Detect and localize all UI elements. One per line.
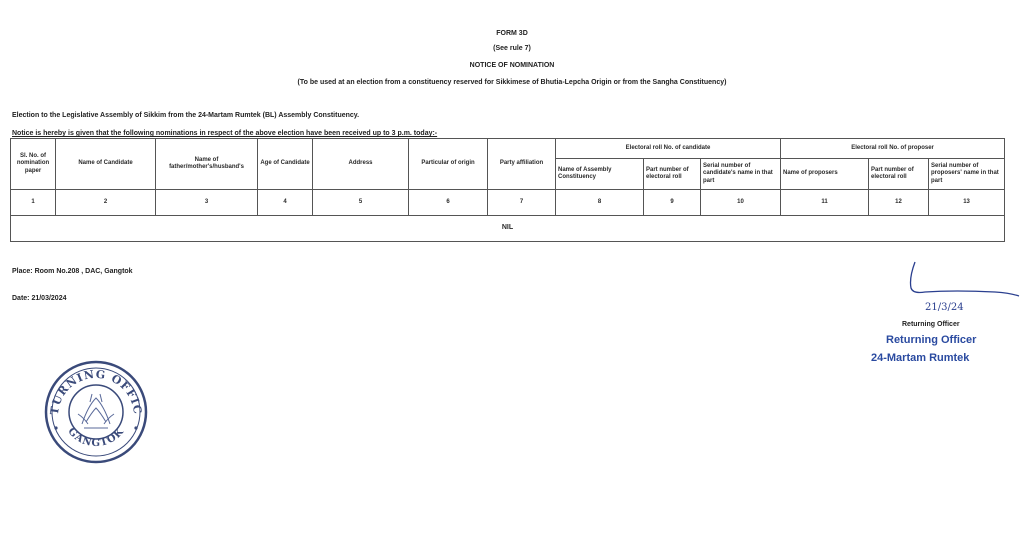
col-header-10: Serial number of candidate's name in tha… [701, 159, 781, 190]
signature-icon [895, 258, 1024, 304]
col-number: 4 [258, 190, 313, 216]
col-number: 9 [644, 190, 701, 216]
notice-statement: Notice is hereby is given that the follo… [12, 130, 437, 137]
col-header-1: Sl. No. of nomination paper [11, 139, 56, 190]
col-header-12: Part number of electoral roll [869, 159, 929, 190]
date-line: Date: 21/03/2024 [12, 295, 66, 302]
signatory-label: Returning Officer [902, 321, 960, 328]
table-group-header-row: Sl. No. of nomination paper Name of Cand… [11, 139, 1005, 159]
form-rule: (See rule 7) [0, 45, 1024, 52]
stamp-title: Returning Officer [886, 334, 976, 346]
stamp-constituency: 24-Martam Rumtek [871, 352, 969, 364]
col-number: 6 [409, 190, 488, 216]
form-title: NOTICE OF NOMINATION [0, 62, 1024, 69]
election-statement: Election to the Legislative Assembly of … [12, 112, 359, 119]
nil-cell: NIL [11, 216, 1005, 242]
column-number-row: 1 2 3 4 5 6 7 8 9 10 11 12 13 [11, 190, 1005, 216]
col-header-9: Part number of electoral roll [644, 159, 701, 190]
col-number: 5 [313, 190, 409, 216]
col-number: 11 [781, 190, 869, 216]
col-number: 2 [56, 190, 156, 216]
group-header-candidate-roll: Electoral roll No. of candidate [556, 139, 781, 159]
col-header-5: Address [313, 139, 409, 190]
col-number: 1 [11, 190, 56, 216]
svg-text:RETURNING OFFICER: RETURNING OFFICER [42, 358, 144, 416]
table-row: NIL [11, 216, 1005, 242]
col-header-11: Name of proposers [781, 159, 869, 190]
signature-date: 21/3/24 [925, 302, 964, 313]
svg-text:GANGTOK: GANGTOK [65, 426, 126, 449]
nominations-table: Sl. No. of nomination paper Name of Cand… [10, 138, 1005, 242]
col-header-3: Name of father/mother's/husband's [156, 139, 258, 190]
col-header-7: Party affiliation [488, 139, 556, 190]
form-subtitle: (To be used at an election from a consti… [0, 79, 1024, 86]
col-number: 12 [869, 190, 929, 216]
form-number: FORM 3D [0, 30, 1024, 37]
col-number: 3 [156, 190, 258, 216]
col-number: 8 [556, 190, 644, 216]
col-header-2: Name of Candidate [56, 139, 156, 190]
col-header-8: Name of Assembly Constituency [556, 159, 644, 190]
col-header-4: Age of Candidate [258, 139, 313, 190]
col-number: 7 [488, 190, 556, 216]
col-number: 13 [929, 190, 1005, 216]
col-header-6: Particular of origin [409, 139, 488, 190]
group-header-proposer-roll: Electoral roll No. of proposer [781, 139, 1005, 159]
returning-officer-seal-icon: RETURNING OFFICER GANGTOK [42, 358, 150, 466]
col-header-13: Serial number of proposers' name in that… [929, 159, 1005, 190]
place-line: Place: Room No.208 , DAC, Gangtok [12, 268, 133, 275]
col-number: 10 [701, 190, 781, 216]
